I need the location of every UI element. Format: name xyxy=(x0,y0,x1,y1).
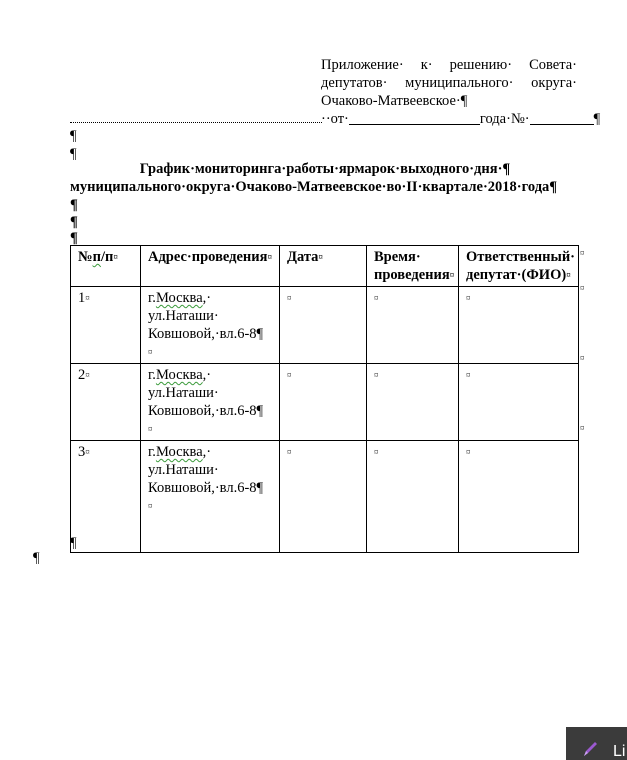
pen-icon xyxy=(582,741,598,757)
table-row: 3¤ г.Москва,·ул.Наташи·Ковшовой,·вл.6-8¶… xyxy=(71,441,579,553)
decision-date-line: ··от·года·№·¶ xyxy=(70,110,580,128)
cell-number[interactable]: 3¤ xyxy=(71,441,141,553)
row-end-mark: ¤ xyxy=(580,248,585,258)
cell-deputy[interactable]: ¤ xyxy=(459,287,579,364)
appendix-line-2: депутатов· муниципального· округа· xyxy=(321,74,577,92)
cell-address[interactable]: г.Москва,·ул.Наташи·Ковшовой,·вл.6-8¶¤ xyxy=(141,441,280,553)
header-number[interactable]: №п/п¤ xyxy=(71,246,141,287)
cell-time[interactable]: ¤ xyxy=(367,364,459,441)
cell-date[interactable]: ¤ xyxy=(280,441,367,553)
appendix-line-1: Приложение· к· решению· Совета· xyxy=(321,56,577,74)
floating-toolbar[interactable]: Li xyxy=(566,727,627,760)
header-deputy[interactable]: Ответственный· депутат·(ФИО)¤ xyxy=(459,246,579,287)
paragraph-mark: ¶ xyxy=(594,111,601,127)
cell-deputy[interactable]: ¤ xyxy=(459,441,579,553)
cell-time[interactable]: ¤ xyxy=(367,441,459,553)
cell-address[interactable]: г.Москва,·ул.Наташи·Ковшовой,·вл.6-8¶¤ xyxy=(141,287,280,364)
cell-time[interactable]: ¤ xyxy=(367,287,459,364)
row-end-mark: ¤ xyxy=(580,423,585,433)
header-date[interactable]: Дата¤ xyxy=(280,246,367,287)
row-end-mark: ¤ xyxy=(580,353,585,363)
document-page: Приложение· к· решению· Совета· депутато… xyxy=(0,0,627,760)
empty-paragraph: ¶ xyxy=(70,534,77,552)
document-title: График·мониторинга·работы·ярмарок·выходн… xyxy=(70,160,580,196)
appendix-line-3: Очаково-Матвеевское·¶ xyxy=(321,93,467,109)
cell-date[interactable]: ¤ xyxy=(280,287,367,364)
monitoring-table: №п/п¤ Адрес·проведения¤ Дата¤ Время· про… xyxy=(70,245,579,553)
cell-number[interactable]: 1¤ xyxy=(71,287,141,364)
empty-paragraph: ¶ xyxy=(70,196,78,214)
empty-paragraph: ¶ xyxy=(70,127,77,145)
table-header-row: №п/п¤ Адрес·проведения¤ Дата¤ Время· про… xyxy=(71,246,579,287)
title-line-1: График·мониторинга·работы·ярмарок·выходн… xyxy=(70,160,580,178)
empty-paragraph: ¶ xyxy=(33,549,40,567)
number-blank[interactable] xyxy=(530,110,594,125)
row-end-mark: ¤ xyxy=(580,283,585,293)
toolbar-label: Li xyxy=(613,743,625,760)
from-prefix: ··от· xyxy=(321,111,349,127)
cell-number[interactable]: 2¤ xyxy=(71,364,141,441)
table-row: 2¤ г.Москва,·ул.Наташи·Ковшовой,·вл.6-8¶… xyxy=(71,364,579,441)
cell-address[interactable]: г.Москва,·ул.Наташи·Ковшовой,·вл.6-8¶¤ xyxy=(141,364,280,441)
year-label: года·№· xyxy=(480,111,530,127)
table-row: 1¤ г.Москва,·ул.Наташи·Ковшовой,·вл.6-8¶… xyxy=(71,287,579,364)
header-time[interactable]: Время· проведения¤ xyxy=(367,246,459,287)
cell-deputy[interactable]: ¤ xyxy=(459,364,579,441)
title-line-2: муниципального·округа·Очаково-Матвеевско… xyxy=(70,178,580,196)
dot-leader xyxy=(70,110,322,123)
date-blank[interactable] xyxy=(349,110,480,125)
appendix-header: Приложение· к· решению· Совета· депутато… xyxy=(321,56,577,110)
header-address[interactable]: Адрес·проведения¤ xyxy=(141,246,280,287)
cell-date[interactable]: ¤ xyxy=(280,364,367,441)
